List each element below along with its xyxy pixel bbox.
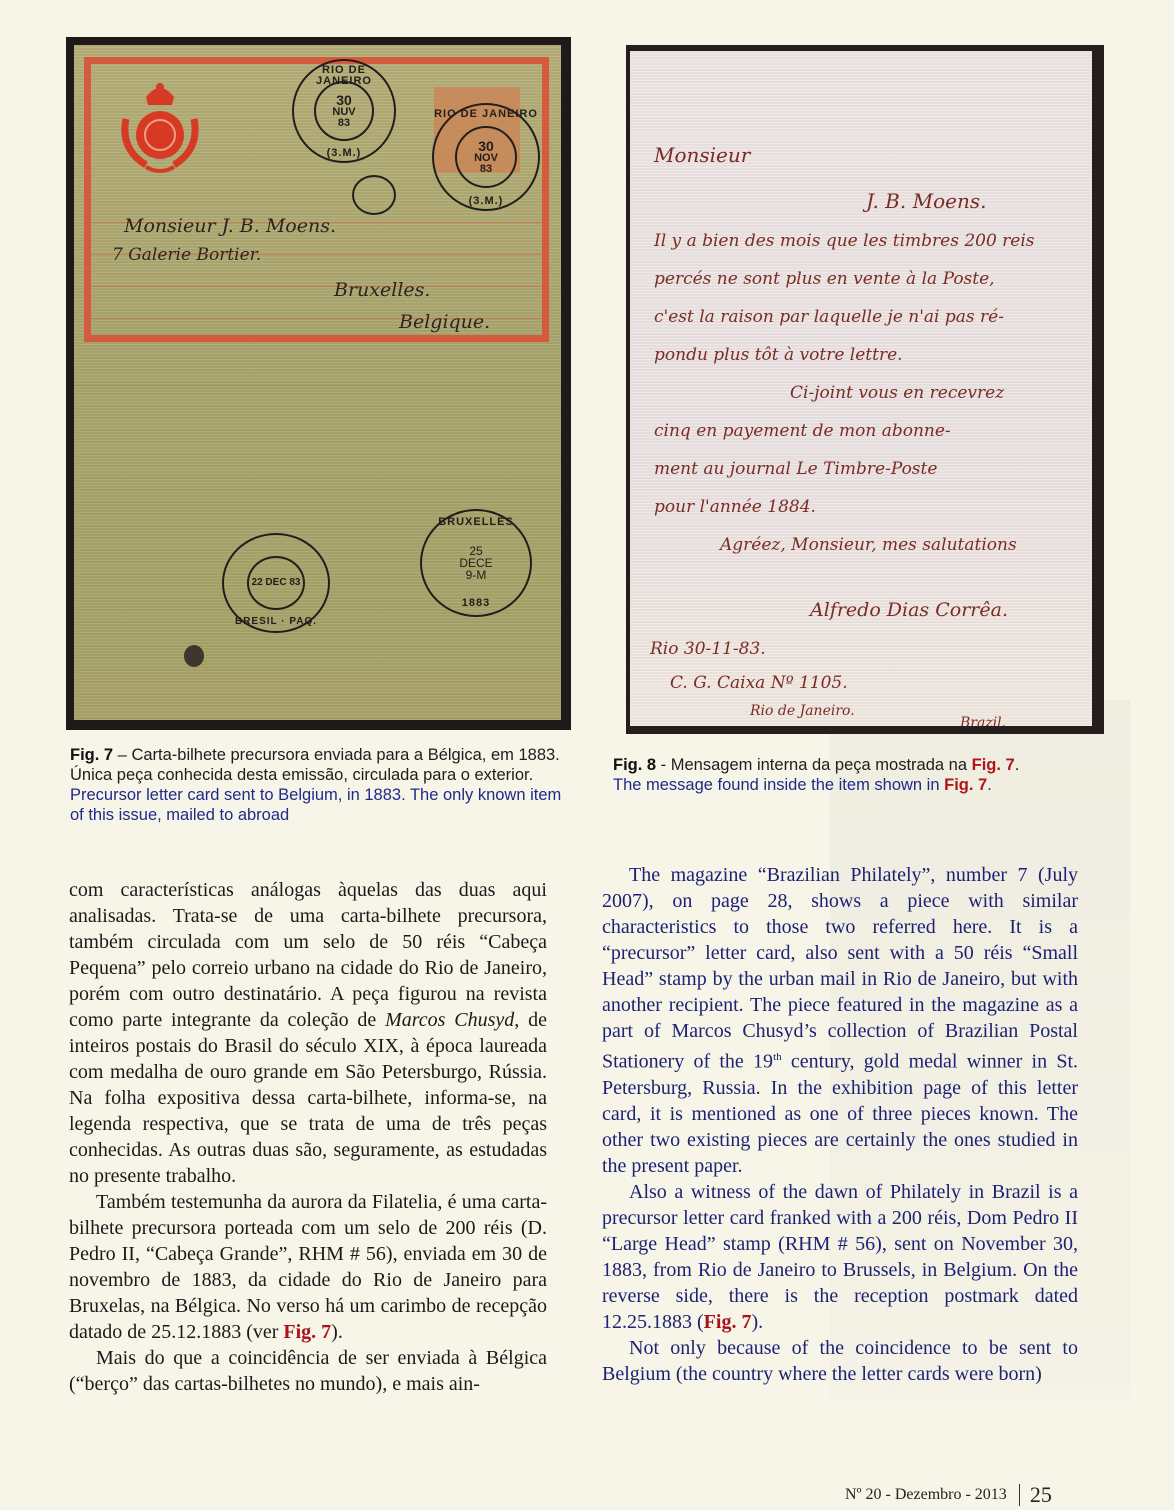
collector-name: Marcos Chusyd [385,1009,514,1031]
paragraph: The magazine “Brazilian Philately”, numb… [602,862,1078,1179]
letter-card-front: 30 NUV 83 RIO DE JANEIRO (3.M.) 30 NOV 8… [74,45,561,720]
letter-line: cinq en payement de mon abonne- [654,421,951,441]
letter-signature: Alfredo Dias Corrêa. [810,599,1008,621]
body-column-portuguese: com características análogas àquelas das… [69,877,547,1397]
postmark-office: (3.M.) [469,196,504,207]
letter-line: ment au journal Le Timbre-Poste [654,459,937,479]
figure-8-caption: Fig. 8 - Mensagem interna da peça mostra… [613,755,1113,795]
postmark-ring-text: BRUXELLES [438,517,514,528]
address-line-city: Bruxelles. [334,279,430,301]
caption-label: Fig. 8 [613,756,656,774]
postmark-date: 22 DEC 83 [252,578,301,588]
paragraph: Mais do que a coincidência de ser enviad… [69,1345,547,1397]
caption-label: Fig. 7 [70,746,113,764]
figure-7-letter-card-photo: 30 NUV 83 RIO DE JANEIRO (3.M.) 30 NOV 8… [66,37,571,730]
letter-line: pour l'année 1884. [654,497,816,517]
figure-reference: Fig. 7 [972,756,1015,774]
paragraph: com características análogas àquelas das… [69,877,547,1189]
footer-divider [1019,1484,1020,1506]
figure-reference: Fig. 7 [704,1311,752,1333]
letter-closing: Agréez, Monsieur, mes salutations [720,535,1017,555]
letter-line: pondu plus tôt à votre lettre. [654,345,903,365]
postmark-bruxelles: 25 DECE 9-M BRUXELLES 1883 [420,509,532,617]
paragraph: Also a witness of the dawn of Philately … [602,1179,1078,1335]
postmark-ring-text: RIO DE JANEIRO [434,109,538,120]
paragraph: Not only because of the coincidence to b… [602,1335,1078,1387]
postmark-office: (3.M.) [327,148,362,159]
ink-smudge [184,645,204,667]
postmark-ring-text: RIO DE JANEIRO [294,65,394,87]
postmark-year: 1883 [462,598,490,609]
postmark-rio-de-janeiro-2: 30 NOV 83 RIO DE JANEIRO (3.M.) [432,103,540,211]
letter-line: Il y a bien des mois que les timbres 200… [654,231,1035,251]
address-line-country: Belgique. [399,311,490,333]
caption-text-pt: - Mensagem interna da peça mostrada na [656,756,972,774]
caption-text-pt: – Carta-bilhete precursora enviada para … [70,746,560,784]
figure-7-caption: Fig. 7 – Carta-bilhete precursora enviad… [70,745,570,825]
letter-interior: Monsieur J. B. Moens. Il y a bien des mo… [630,51,1092,726]
letter-line: c'est la raison par laquelle je n'ai pas… [654,307,1004,327]
caption-text-en: Precursor letter card sent to Belgium, i… [70,785,570,825]
letter-line: percés ne sont plus en vente à la Poste, [654,269,995,289]
postmark-bresil-paquebot: 22 DEC 83 BRESIL · PAQ. [222,533,330,633]
card-fold-line [74,385,561,386]
figure-reference: Fig. 7 [944,776,987,794]
postmark-time: 9-M [466,569,487,581]
postmark-year: 83 [338,118,350,129]
page-number: 25 [1030,1482,1052,1508]
imperial-crest-icon [116,79,204,175]
issue-info: Nº 20 - Dezembro - 2013 [845,1486,1007,1504]
letter-addressee: J. B. Moens. [866,189,986,213]
postmark-day: 30 [336,93,352,107]
letter-city: Rio de Janeiro. [750,703,855,719]
postmark-year: 83 [480,164,492,175]
postmark-rio-de-janeiro-1: 30 NUV 83 RIO DE JANEIRO (3.M.) [292,59,396,163]
address-line-recipient: Monsieur J. B. Moens. [124,215,336,237]
letter-salutation: Monsieur [654,143,750,167]
letter-line: Ci-joint vous en recevrez [790,383,1004,403]
figure-8-letter-message-photo: Monsieur J. B. Moens. Il y a bien des mo… [626,45,1104,734]
letter-postal-box: C. G. Caixa Nº 1105. [670,673,848,693]
postmark-ring-text: BRESIL · PAQ. [235,617,317,627]
postmark-day: 30 [478,139,494,153]
body-column-english: The magazine “Brazilian Philately”, numb… [602,862,1078,1387]
address-line-street: 7 Galerie Bortier. [112,245,261,265]
figure-reference: Fig. 7 [283,1321,331,1343]
paragraph: Também testemunha da aurora da Filatelia… [69,1189,547,1345]
page-footer: Nº 20 - Dezembro - 2013 25 [845,1482,1052,1508]
letter-country: Brazil. [960,715,1006,726]
letter-date: Rio 30-11-83. [650,639,766,659]
caption-text-en: The message found inside the item shown … [613,776,944,794]
small-transit-postmark [352,175,396,215]
